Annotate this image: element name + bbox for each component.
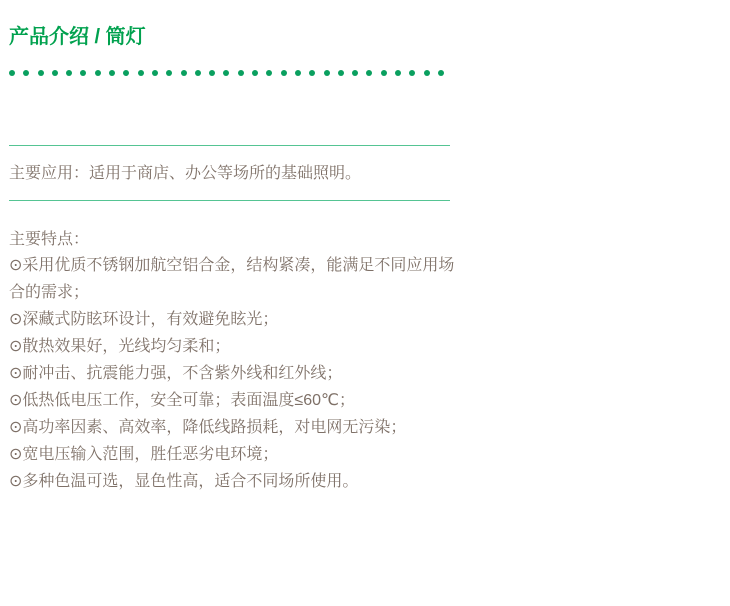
dot-icon — [409, 70, 415, 76]
dot-icon — [281, 70, 287, 76]
feature-item: ⊙散热效果好，光线均匀柔和； — [9, 333, 461, 360]
dot-icon — [181, 70, 187, 76]
dot-icon — [209, 70, 215, 76]
application-text: 主要应用：适用于商店、办公等场所的基础照明。 — [9, 164, 460, 184]
feature-item: ⊙采用优质不锈钢加航空铝合金，结构紧凑，能满足不同应用场合的需求； — [9, 252, 461, 306]
feature-item: ⊙低热低电压工作，安全可靠；表面温度≤60℃； — [9, 387, 461, 414]
dot-icon — [138, 70, 144, 76]
dot-icon — [123, 70, 129, 76]
feature-item: ⊙耐冲击、抗震能力强，不含紫外线和红外线； — [9, 360, 461, 387]
divider-line-top — [9, 145, 450, 146]
dot-icon — [152, 70, 158, 76]
dotted-divider — [9, 70, 447, 76]
dot-icon — [438, 70, 444, 76]
dot-icon — [424, 70, 430, 76]
dot-icon — [52, 70, 58, 76]
feature-item: ⊙宽电压输入范围，胜任恶劣电环境； — [9, 441, 461, 468]
dot-icon — [9, 70, 15, 76]
feature-item: ⊙多种色温可选，显色性高，适合不同场所使用。 — [9, 468, 461, 495]
dot-icon — [80, 70, 86, 76]
dot-icon — [223, 70, 229, 76]
divider-line-bottom — [9, 200, 450, 201]
dot-icon — [395, 70, 401, 76]
page-title: 产品介绍 / 筒灯 — [9, 26, 460, 48]
dot-icon — [338, 70, 344, 76]
dot-icon — [295, 70, 301, 76]
dot-icon — [238, 70, 244, 76]
dot-icon — [109, 70, 115, 76]
dot-icon — [166, 70, 172, 76]
dot-icon — [352, 70, 358, 76]
dot-icon — [66, 70, 72, 76]
dot-icon — [23, 70, 29, 76]
features-heading: 主要特点： — [9, 229, 460, 250]
dot-icon — [381, 70, 387, 76]
feature-item: ⊙高功率因素、高效率，降低线路损耗，对电网无污染； — [9, 414, 461, 441]
feature-item: ⊙深藏式防眩环设计，有效避免眩光； — [9, 306, 461, 333]
dot-icon — [266, 70, 272, 76]
dot-icon — [195, 70, 201, 76]
dot-icon — [38, 70, 44, 76]
dot-icon — [309, 70, 315, 76]
features-list: ⊙采用优质不锈钢加航空铝合金，结构紧凑，能满足不同应用场合的需求；⊙深藏式防眩环… — [9, 252, 461, 495]
dot-icon — [252, 70, 258, 76]
dot-icon — [366, 70, 372, 76]
dot-icon — [95, 70, 101, 76]
dot-icon — [324, 70, 330, 76]
product-intro-page: 产品介绍 / 筒灯 主要应用：适用于商店、办公等场所的基础照明。 主要特点： ⊙… — [0, 26, 460, 495]
